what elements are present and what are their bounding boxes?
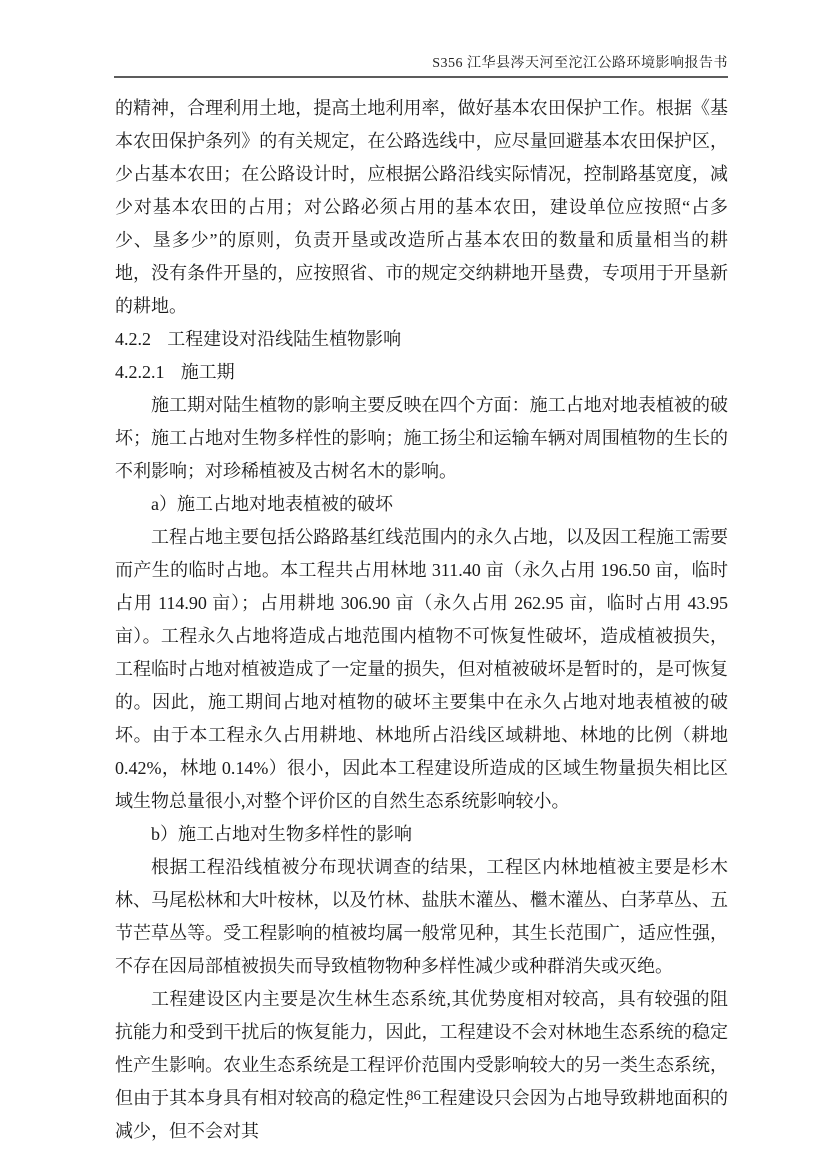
subsection-number: 4.2.2.1 bbox=[115, 362, 165, 382]
report-page: S356 江华县涔天河至沱江公路环境影响报告书 的精神，合理利用土地，提高土地利… bbox=[0, 0, 827, 1169]
list-item-a: a）施工占地对地表植被的破坏 bbox=[115, 488, 728, 521]
page-header-title: S356 江华县涔天河至沱江公路环境影响报告书 bbox=[432, 52, 728, 72]
section-title: 工程建设对沿线陆生植物影响 bbox=[167, 329, 401, 349]
section-number: 4.2.2 bbox=[115, 329, 151, 349]
paragraph-ecosystem-stability: 工程建设区内主要是次生林生态系统,其优势度相对较高，具有较强的阻抗能力和受到干扰… bbox=[115, 983, 728, 1148]
document-body: 的精神，合理利用土地，提高土地利用率，做好基本农田保护工作。根据《基本农田保护条… bbox=[115, 92, 728, 1148]
paragraph-four-aspects: 施工期对陆生植物的影响主要反映在四个方面：施工占地对地表植被的破坏；施工占地对生… bbox=[115, 389, 728, 488]
subsection-title: 施工期 bbox=[181, 362, 235, 382]
header-divider-rule bbox=[114, 76, 728, 78]
paragraph-farmland-continued: 的精神，合理利用土地，提高土地利用率，做好基本农田保护工作。根据《基本农田保护条… bbox=[115, 92, 728, 323]
section-heading-4-2-2-1: 4.2.2.1施工期 bbox=[115, 356, 728, 389]
section-heading-4-2-2: 4.2.2工程建设对沿线陆生植物影响 bbox=[115, 323, 728, 356]
page-number: 86 bbox=[0, 1088, 827, 1105]
paragraph-biodiversity: 根据工程沿线植被分布现状调查的结果，工程区内林地植被主要是杉木林、马尾松林和大叶… bbox=[115, 851, 728, 983]
paragraph-land-occupation: 工程占地主要包括公路路基红线范围内的永久占地，以及因工程施工需要而产生的临时占地… bbox=[115, 521, 728, 818]
list-item-b: b）施工占地对生物多样性的影响 bbox=[115, 818, 728, 851]
